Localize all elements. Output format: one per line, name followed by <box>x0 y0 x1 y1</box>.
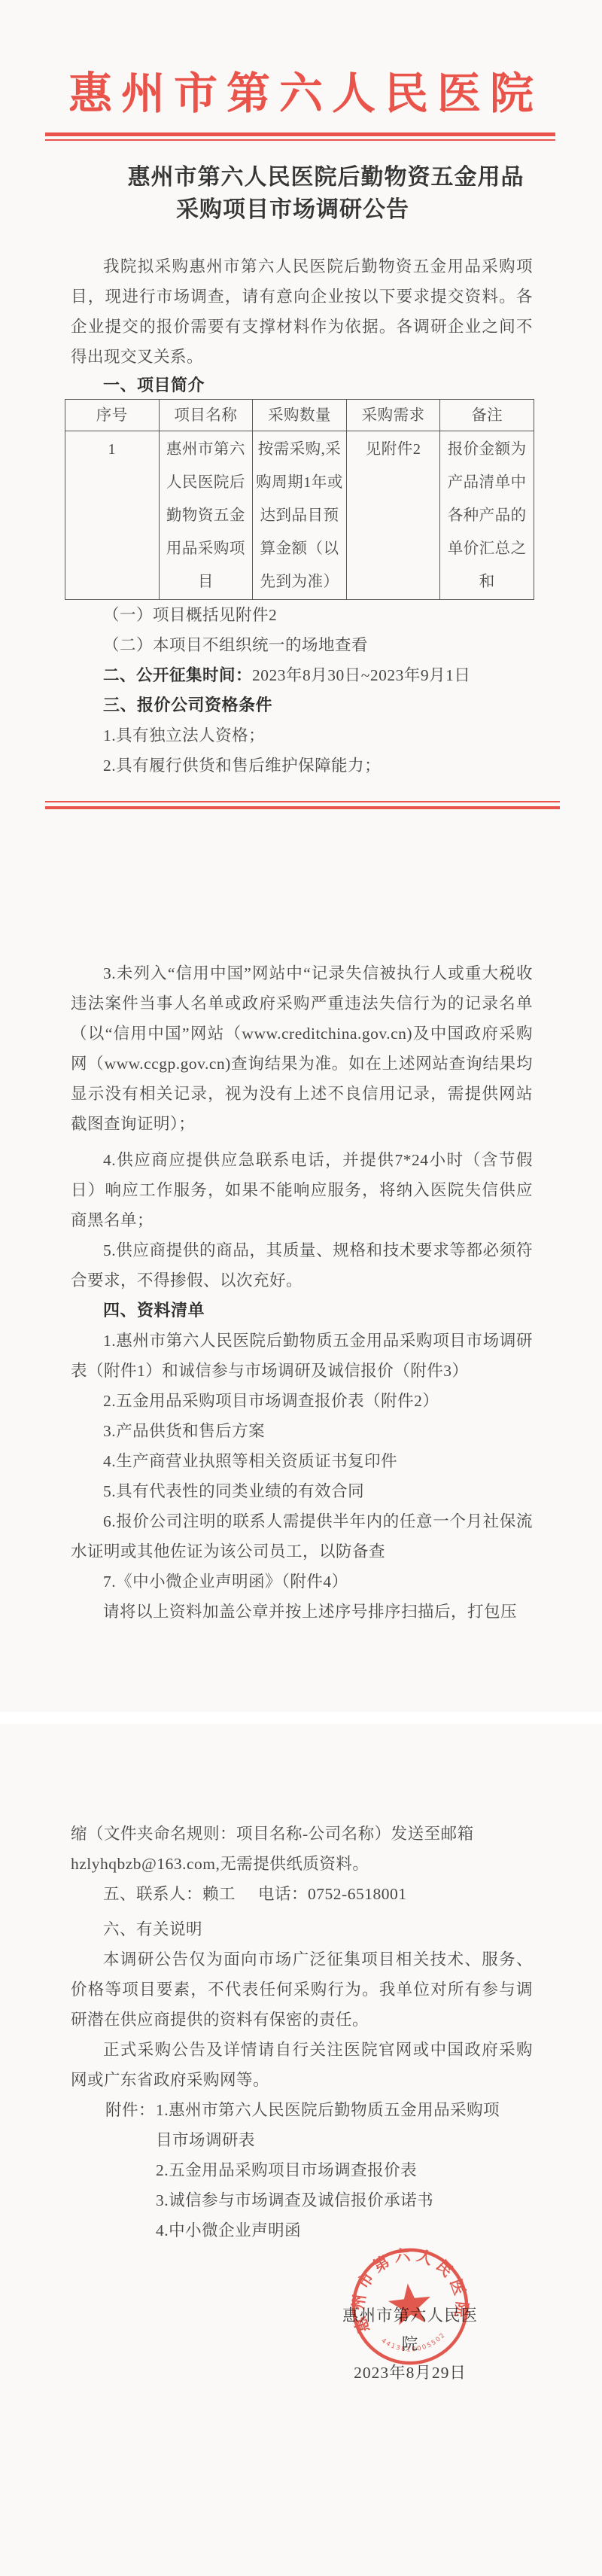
attachments-block: 附件： 1.惠州市第六人民医院后勤物质五金用品采购项目市场调研表 2.五金用品采… <box>105 2095 533 2246</box>
cell-requirement: 见附件2 <box>346 431 440 600</box>
section1-note1: （一）项目概括见附件2 <box>71 600 533 630</box>
page-break-strip <box>0 1712 602 1724</box>
phone-number: 0752-6518001 <box>308 1885 406 1903</box>
document-page: 惠州市第六人民医院 惠州市第六人民医院后勤物资五金用品 采购项目市场调研公告 我… <box>0 0 602 2576</box>
document-title-line1: 惠州市第六人民医院后勤物资五金用品 <box>50 162 602 193</box>
intro-paragraph: 我院拟采购惠州市第六人民医院后勤物资五金用品采购项目，现进行市场调查，请有意向企… <box>71 251 533 372</box>
cell-remark: 报价金额为产品清单中各种产品的单价汇总之和 <box>440 431 534 600</box>
phone-label: 电话： <box>258 1885 308 1903</box>
attachment-item-1: 1.惠州市第六人民医院后勤物质五金用品采购项目市场调研表 <box>156 2095 509 2155</box>
section6-heading: 六、有关说明 <box>71 1914 533 1944</box>
section4-item6: 6.报价公司注明的联系人需提供半年内的任意一个月社保流水证明或其他佐证为该公司员… <box>71 1506 533 1567</box>
section2-value: 2023年8月30日~2023年9月1日 <box>252 666 470 684</box>
section3-item4: 4.供应商应提供应急联系电话，并提供7*24小时（含节假日）响应工作服务，如果不… <box>71 1145 533 1235</box>
section4-item5: 5.具有代表性的同类业绩的有效合同 <box>71 1476 533 1506</box>
section1-note2: （二）本项目不组织统一的场地查看 <box>71 630 533 660</box>
section6-para2: 正式采购公告及详情请自行关注医院官网或中国政府采购网或广东省政府采购网等。 <box>71 2035 533 2095</box>
col-header-remark: 备注 <box>440 400 534 431</box>
document-title: 惠州市第六人民医院后勤物资五金用品 采购项目市场调研公告 <box>0 162 602 227</box>
pack-note-part2: 缩（文件夹命名规则：项目名称-公司名称）发送至邮箱 <box>71 1819 533 1849</box>
section4-item7: 7.《中小微企业声明函》（附件4） <box>71 1567 533 1597</box>
col-header-quantity: 采购数量 <box>253 400 347 431</box>
section4-item3: 3.产品供货和售后方案 <box>71 1416 533 1446</box>
attachment-item-3: 3.诚信参与市场调查及诚信报价承诺书 <box>156 2185 509 2215</box>
section6-para1: 本调研公告仅为面向市场广泛征集项目相关技术、服务、价格等项目要素，不代表任何采购… <box>71 1944 533 2035</box>
attachment-item-2: 2.五金用品采购项目市场调查报价表 <box>156 2155 509 2185</box>
section5-line: 五、联系人：赖工电话：0752-6518001 <box>71 1879 533 1909</box>
section5-heading: 五、联系人： <box>103 1885 202 1903</box>
table-header-row: 序号 项目名称 采购数量 采购需求 备注 <box>65 400 534 431</box>
attachments-label: 附件： <box>105 2095 156 2246</box>
section1-heading: 一、项目简介 <box>71 372 533 399</box>
table-row: 1 惠州市第六人民医院后勤物资五金用品采购项目 按需采购,采购周期1年或达到品目… <box>65 431 534 600</box>
letterhead-double-rule <box>45 132 555 141</box>
section4-heading: 四、资料清单 <box>71 1296 533 1326</box>
section3-item5: 5.供应商提供的商品，其质量、规格和技术要求等都必须符合要求，不得掺假、以次充好… <box>71 1235 533 1296</box>
cell-quantity: 按需采购,采购周期1年或达到品目预算金额（以先到为准） <box>253 431 347 600</box>
seal-number-container: 4413810005502 <box>379 2330 448 2356</box>
col-header-index: 序号 <box>65 400 160 431</box>
page1-footer-double-rule <box>45 801 560 809</box>
pack-note-part1: 请将以上资料加盖公章并按上述序号排序扫描后，打包压 <box>71 1597 533 1627</box>
section4-item1: 1.惠州市第六人民医院后勤物质五金用品采购项目市场调研表（附件1）和诚信参与市场… <box>71 1326 533 1386</box>
seal-number: 4413810005502 <box>379 2330 448 2356</box>
section3-item2: 2.具有履行供货和售后维护保障能力； <box>71 751 533 781</box>
section3-item1: 1.具有独立法人资格； <box>71 720 533 751</box>
section2-line: 二、公开征集时间：2023年8月30日~2023年9月1日 <box>71 660 533 690</box>
seal-star-icon <box>387 2282 433 2326</box>
attachments-list: 1.惠州市第六人民医院后勤物质五金用品采购项目市场调研表 2.五金用品采购项目市… <box>156 2095 509 2246</box>
letterhead-org-name: 惠州市第六人民医院 <box>0 0 602 116</box>
official-seal: 惠州市第六人民医院 4413810005502 <box>341 2237 480 2377</box>
section4-item4: 4.生产商营业执照等相关资质证书复印件 <box>71 1446 533 1476</box>
section3-heading: 三、报价公司资格条件 <box>71 690 533 720</box>
cell-project-name: 惠州市第六人民医院后勤物资五金用品采购项目 <box>159 431 253 600</box>
col-header-requirement: 采购需求 <box>346 400 440 431</box>
col-header-project-name: 项目名称 <box>159 400 253 431</box>
section2-heading: 二、公开征集时间： <box>103 666 252 684</box>
cell-index: 1 <box>65 431 160 600</box>
document-title-line2: 采购项目市场调研公告 <box>0 193 602 227</box>
pack-note-part3: hzlyhqbzb@163.com,无需提供纸质资料。 <box>71 1849 533 1879</box>
section4-item2: 2.五金用品采购项目市场调查报价表（附件2） <box>71 1386 533 1416</box>
contact-name: 赖工 <box>202 1885 236 1903</box>
project-summary-table: 序号 项目名称 采购数量 采购需求 备注 1 惠州市第六人民医院后勤物资五金用品… <box>65 399 534 600</box>
section3-item3: 3.未列入“信用中国”网站中“记录失信被执行人或重大税收违法案件当事人名单或政府… <box>71 958 533 1139</box>
